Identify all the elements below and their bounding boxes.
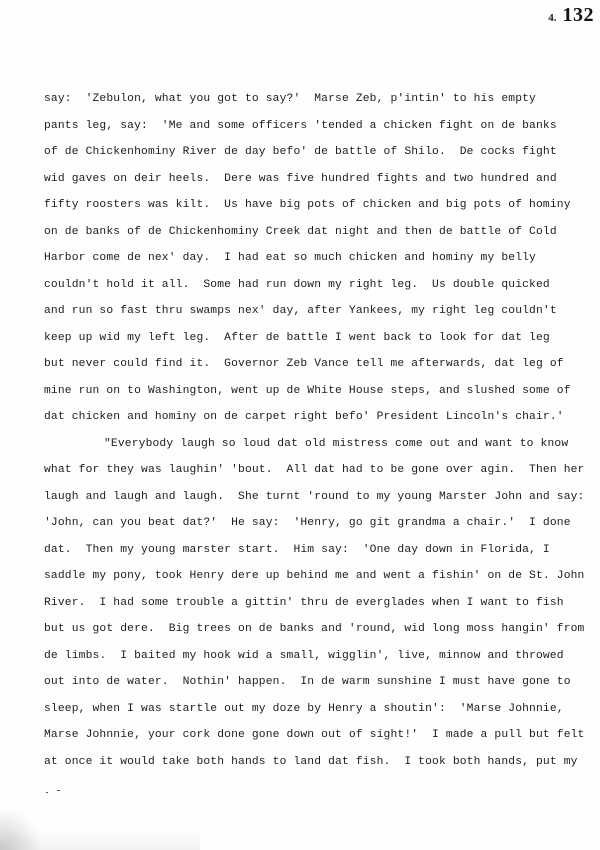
page-header: 4. 132: [548, 4, 594, 27]
text-line: fifty roosters was kilt. Us have big pot…: [44, 192, 600, 219]
text-line: but us got dere. Big trees on de banks a…: [44, 616, 600, 643]
text-line: Marse Johnnie, your cork done gone down …: [44, 722, 600, 749]
text-line: what for they was laughin' 'bout. All da…: [44, 457, 600, 484]
paragraph-start-line: "Everybody laugh so loud dat old mistres…: [44, 431, 600, 458]
text-line: pants leg, say: 'Me and some officers 't…: [44, 113, 600, 140]
text-line: keep up wid my left leg. After de battle…: [44, 325, 600, 352]
text-line: of de Chickenhominy River de day befo' d…: [44, 139, 600, 166]
text-line: Harbor come de nex' day. I had eat so mu…: [44, 245, 600, 272]
text-line: at once it would take both hands to land…: [44, 749, 600, 776]
text-line: out into de water. Nothin' happen. In de…: [44, 669, 600, 696]
page-number: 132: [563, 4, 595, 27]
text-line: wid gaves on deir heels. Dere was five h…: [44, 166, 600, 193]
section-number: 4.: [548, 12, 556, 24]
scan-noise: [0, 830, 200, 850]
text-line: sleep, when I was startle out my doze by…: [44, 696, 600, 723]
text-line: dat. Then my young marster start. Him sa…: [44, 537, 600, 564]
text-line: de limbs. I baited my hook wid a small, …: [44, 643, 600, 670]
scan-artifact-mark: [57, 790, 60, 791]
text-line: 'John, can you beat dat?' He say: 'Henry…: [44, 510, 600, 537]
text-line: River. I had some trouble a gittin' thru…: [44, 590, 600, 617]
text-line: dat chicken and hominy on de carpet righ…: [44, 404, 600, 431]
typed-text-body: say: 'Zebulon, what you got to say?' Mar…: [44, 86, 600, 775]
scan-artifact-mark: [46, 792, 48, 793]
text-line: and run so fast thru swamps nex' day, af…: [44, 298, 600, 325]
text-line: but never could find it. Governor Zeb Va…: [44, 351, 600, 378]
text-line: saddle my pony, took Henry dere up behin…: [44, 563, 600, 590]
text-line: couldn't hold it all. Some had run down …: [44, 272, 600, 299]
text-line: say: 'Zebulon, what you got to say?' Mar…: [44, 86, 600, 113]
text-line: laugh and laugh and laugh. She turnt 'ro…: [44, 484, 600, 511]
document-page: 4. 132 say: 'Zebulon, what you got to sa…: [0, 0, 600, 850]
text-line: on de banks of de Chickenhominy Creek da…: [44, 219, 600, 246]
text-line: mine run on to Washington, went up de Wh…: [44, 378, 600, 405]
scan-noise: [0, 700, 40, 850]
